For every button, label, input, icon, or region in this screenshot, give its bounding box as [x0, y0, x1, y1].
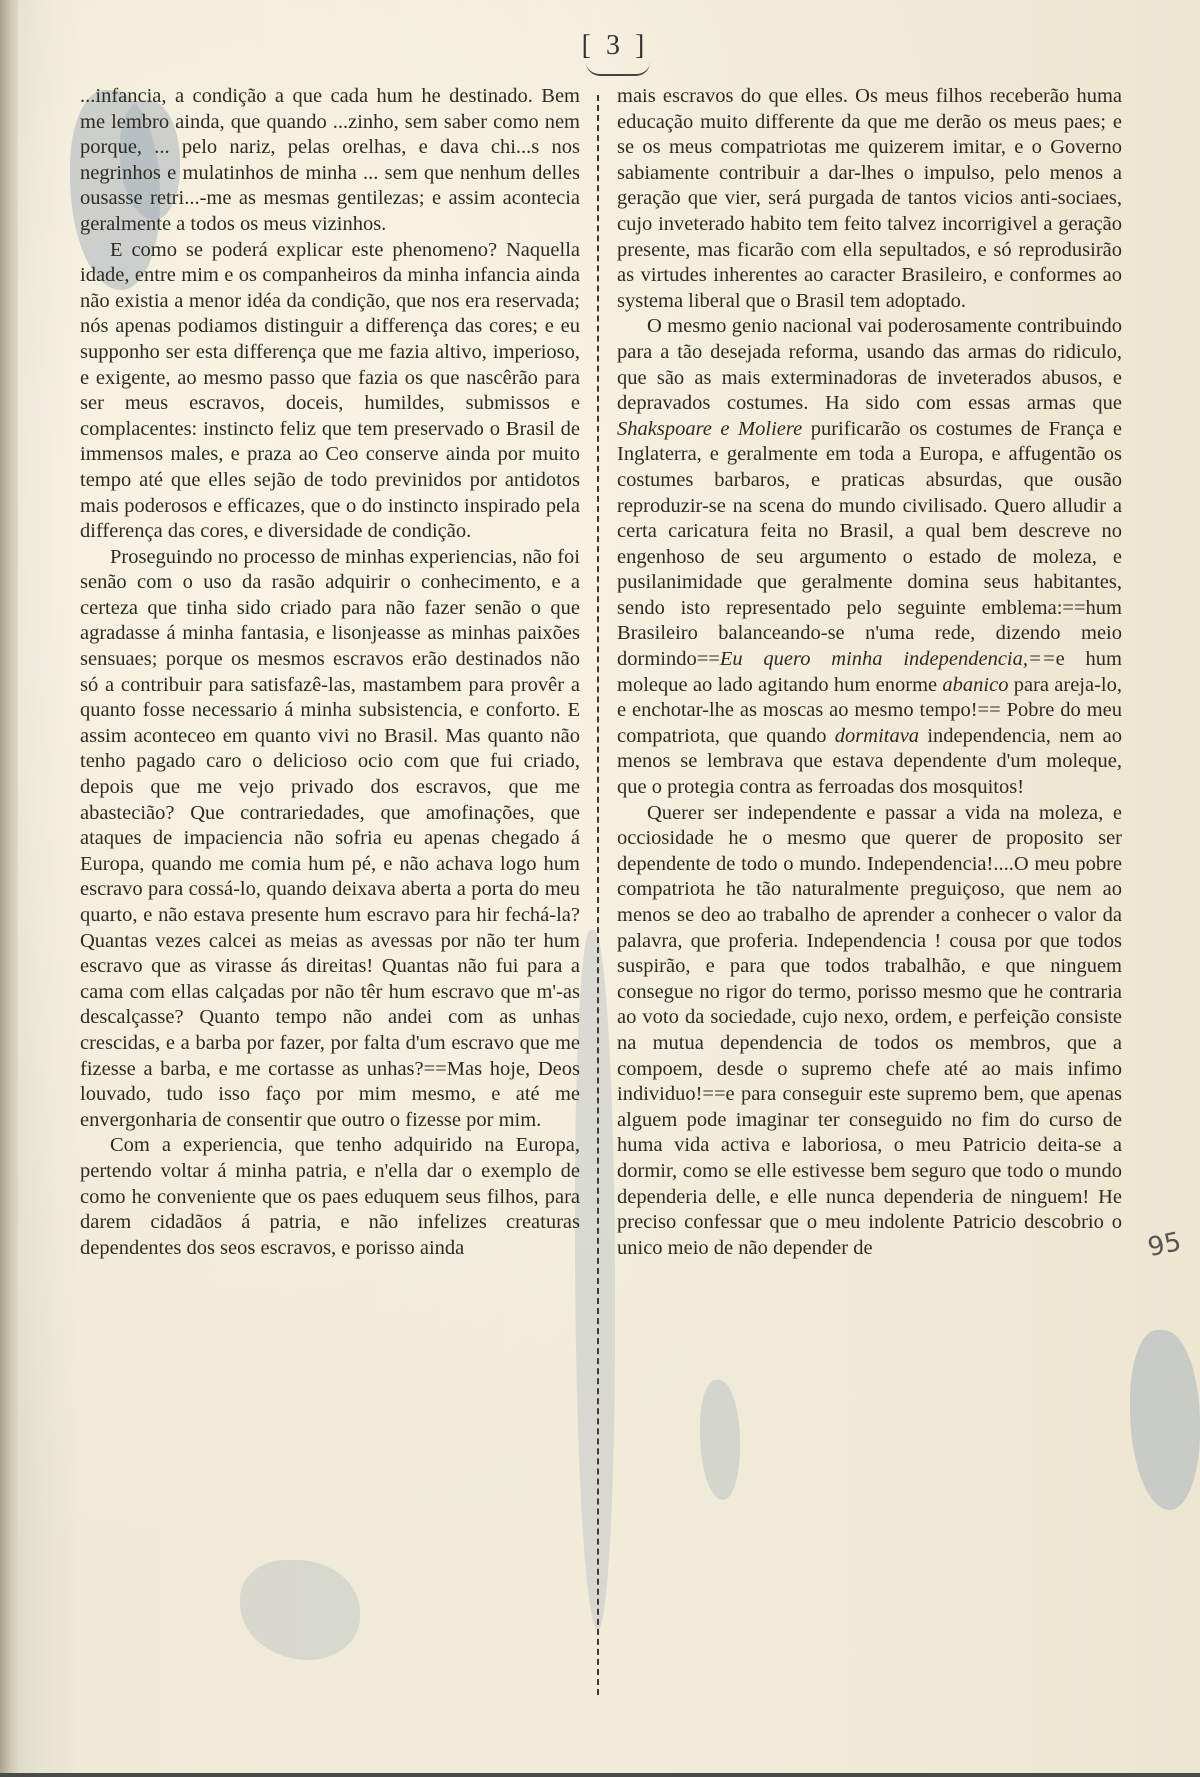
left-column: ...infancia, a condição a que cada hum h… [80, 84, 580, 1261]
water-stain [1130, 1330, 1200, 1510]
page-binding-edge [0, 0, 18, 1777]
paragraph: mais escravos do que elles. Os meus filh… [617, 84, 1122, 314]
text-run: O mesmo genio nacional vai poderosamente… [617, 315, 1122, 414]
page-number: [ 3 ] [575, 30, 655, 62]
paragraph: Proseguindo no processo de minhas experi… [80, 545, 580, 1134]
italic-quote: Eu quero minha independencia,== [720, 648, 1056, 670]
newspaper-page: [ 3 ] ...infancia, a condição a que cada… [0, 0, 1200, 1777]
water-stain [240, 1560, 360, 1660]
paragraph: E como se poderá explicar este phenomeno… [80, 238, 580, 545]
paragraph: Com a experiencia, que tenho adquirido n… [80, 1133, 580, 1261]
paragraph: O mesmo genio nacional vai poderosamente… [617, 314, 1122, 800]
water-stain [575, 930, 615, 1630]
handwritten-margin-note: 95 [1145, 1227, 1184, 1263]
text-run: purificarão os costumes de França e Ingl… [617, 418, 1122, 670]
italic-abanico: abanico [942, 674, 1008, 696]
paragraph: Querer ser independente e passar a vida … [617, 801, 1122, 1262]
page-number-ornament [586, 62, 650, 76]
page-bottom-edge [0, 1773, 1200, 1777]
italic-dormitava: dormitava [835, 725, 919, 747]
right-column: mais escravos do que elles. Os meus filh… [617, 84, 1122, 1261]
water-stain [700, 1380, 740, 1500]
paragraph: ...infancia, a condição a que cada hum h… [80, 84, 580, 238]
column-divider [597, 95, 599, 1695]
italic-authors: Shakspoare e Moliere [617, 418, 802, 440]
